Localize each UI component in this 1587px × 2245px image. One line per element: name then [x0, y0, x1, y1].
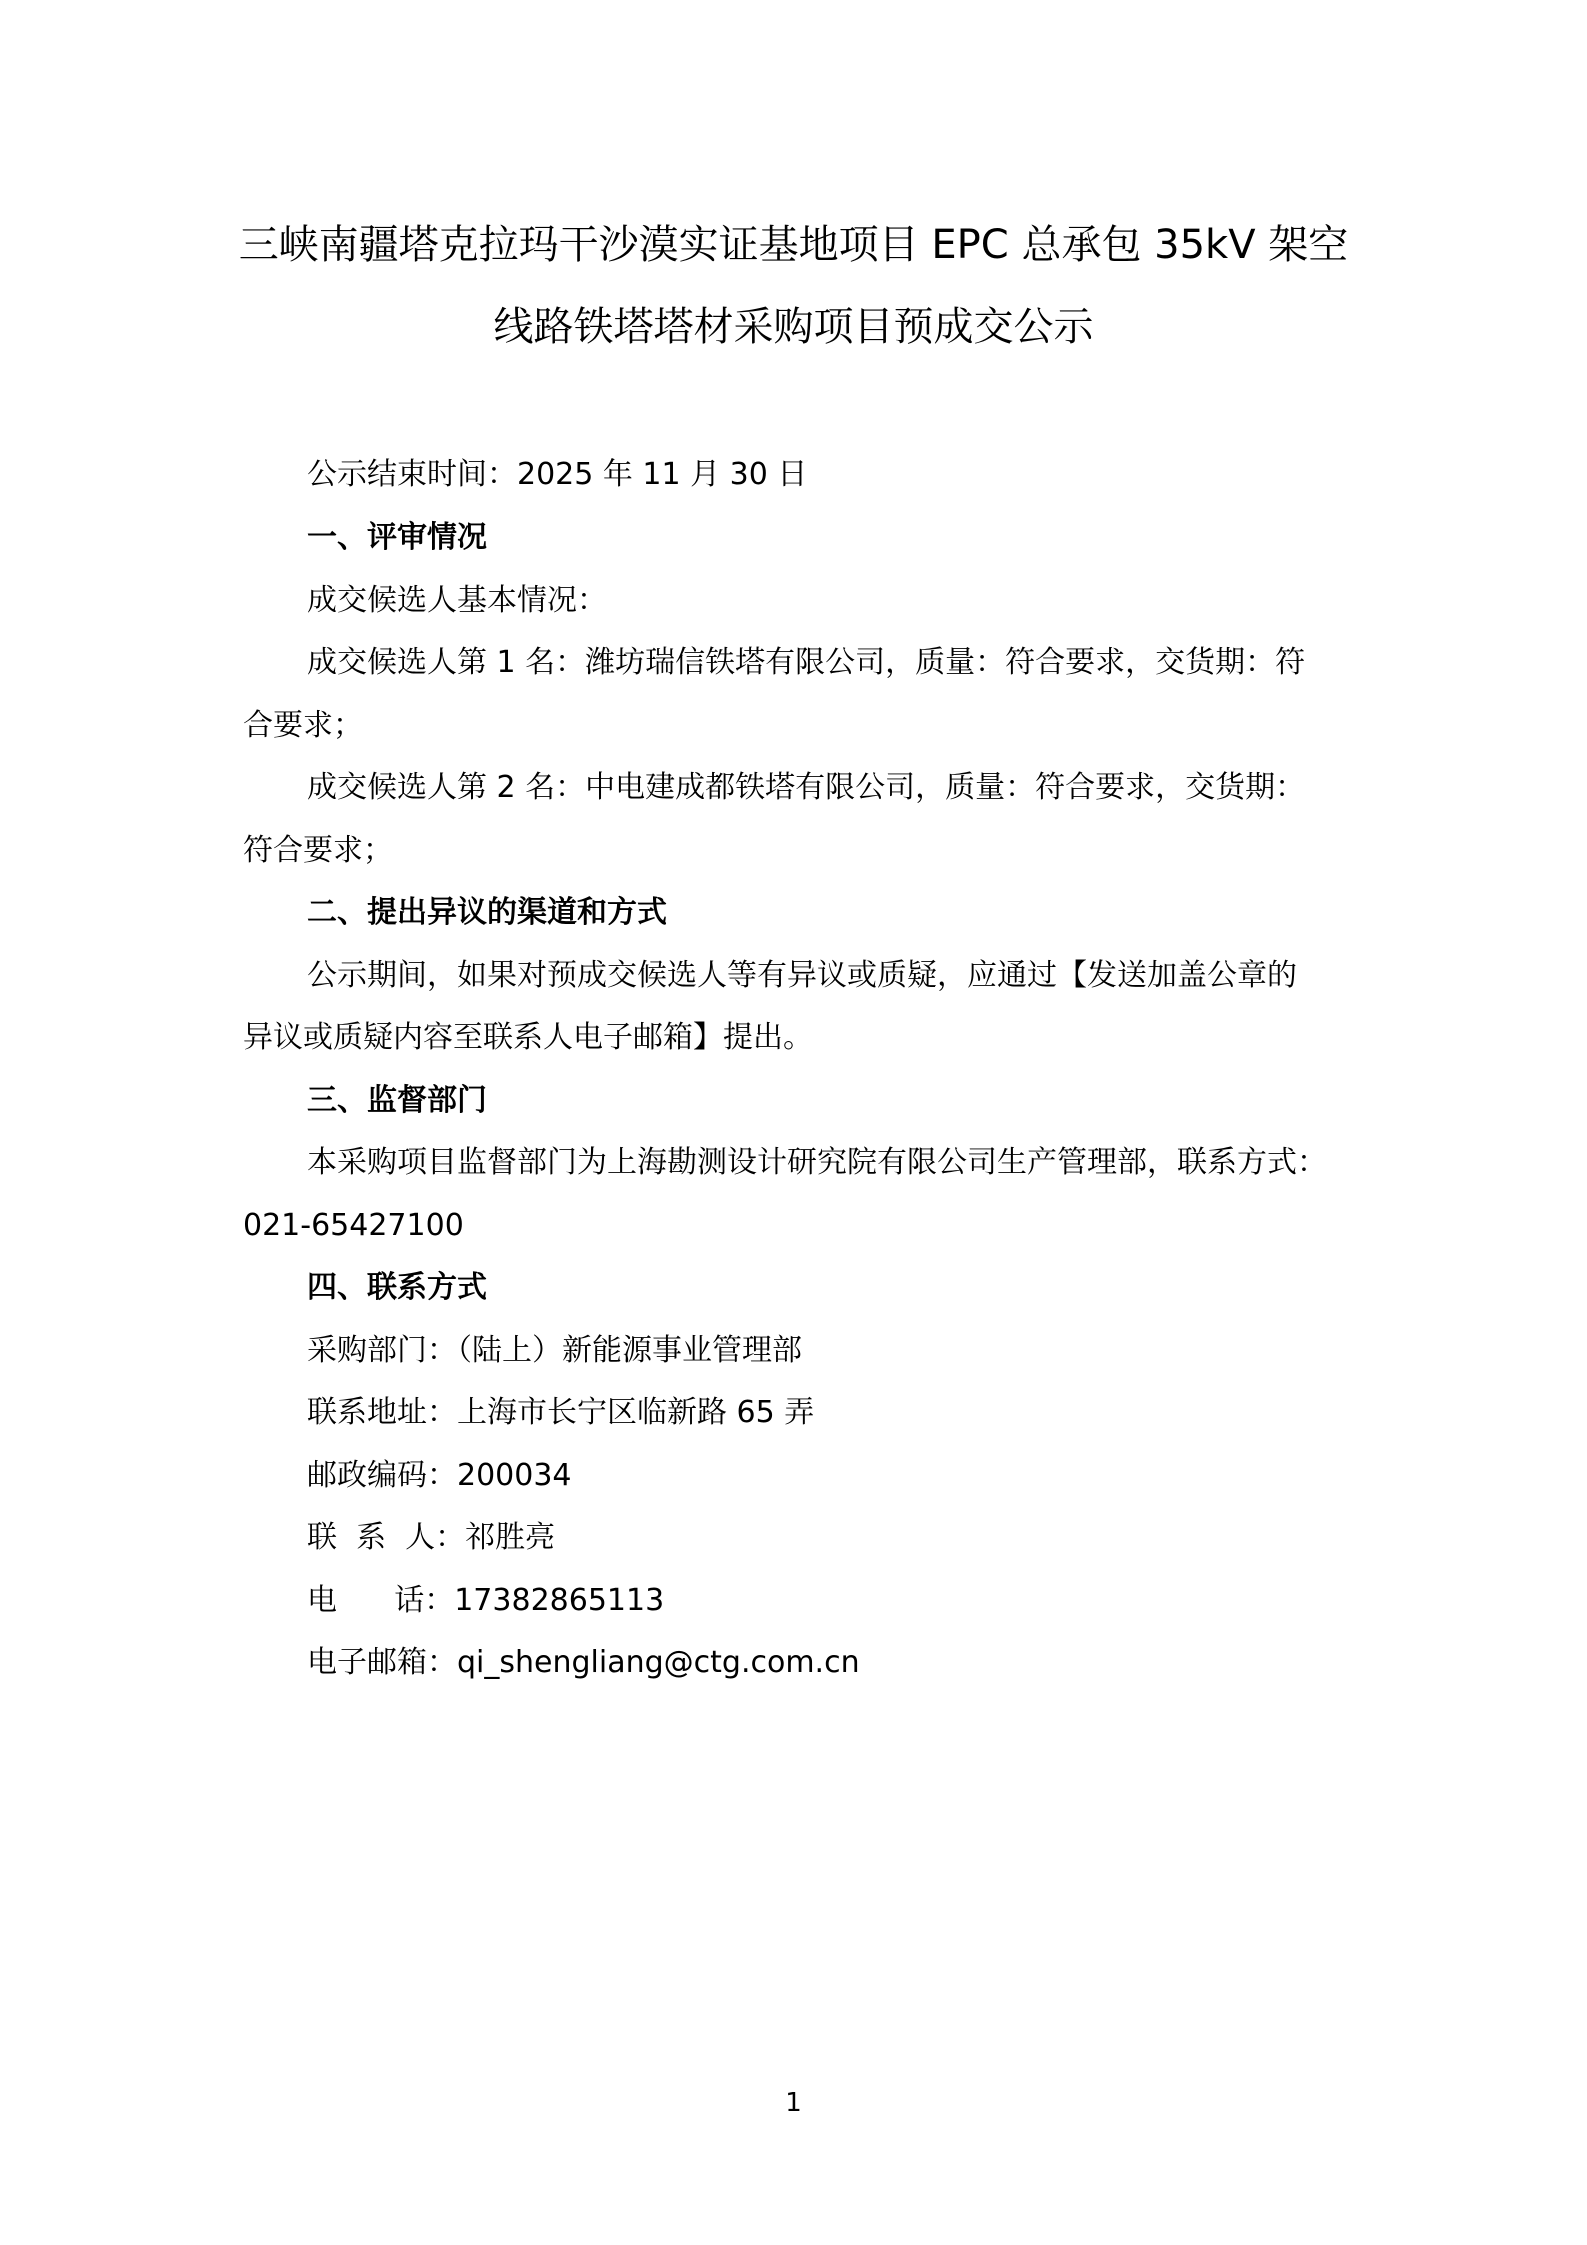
contact-postcode: 邮政编码：200034 — [307, 1456, 572, 1496]
candidates-intro: 成交候选人基本情况： — [307, 581, 607, 621]
candidate-2-line-1: 成交候选人第 2 名：中电建成都铁塔有限公司，质量：符合要求，交货期： — [307, 768, 1305, 808]
candidate-1-line-1: 成交候选人第 1 名：潍坊瑞信铁塔有限公司，质量：符合要求，交货期：符 — [307, 643, 1305, 683]
section-2-heading: 二、提出异议的渠道和方式 — [307, 893, 667, 933]
section-4-heading: 四、联系方式 — [307, 1268, 487, 1308]
objection-line-2: 异议或质疑内容至联系人电子邮箱】提出。 — [243, 1018, 813, 1058]
page-number: 1 — [0, 2088, 1587, 2118]
announcement-end-time: 公示结束时间：2025 年 11 月 30 日 — [307, 455, 807, 495]
document-title-line-1: 三峡南疆塔克拉玛干沙漠实证基地项目 EPC 总承包 35kV 架空 — [0, 221, 1587, 269]
contact-address: 联系地址：上海市长宁区临新路 65 弄 — [307, 1393, 814, 1433]
contact-person: 联 系 人：祁胜亮 — [307, 1518, 555, 1558]
section-1-heading: 一、评审情况 — [307, 518, 487, 558]
objection-line-1: 公示期间，如果对预成交候选人等有异议或质疑，应通过【发送加盖公章的 — [307, 956, 1297, 996]
contact-phone: 电 话：17382865113 — [307, 1581, 664, 1621]
supervision-line-1: 本采购项目监督部门为上海勘测设计研究院有限公司生产管理部，联系方式： — [307, 1143, 1327, 1183]
contact-department: 采购部门：（陆上）新能源事业管理部 — [307, 1331, 802, 1371]
candidate-1-line-2: 合要求； — [243, 706, 363, 746]
contact-email: 电子邮箱：qi_shengliang@ctg.com.cn — [307, 1643, 860, 1683]
supervision-phone: 021-65427100 — [243, 1206, 464, 1246]
candidate-2-line-2: 符合要求； — [243, 831, 393, 871]
document-title-line-2: 线路铁塔塔材采购项目预成交公示 — [0, 303, 1587, 351]
section-3-heading: 三、监督部门 — [307, 1081, 487, 1121]
